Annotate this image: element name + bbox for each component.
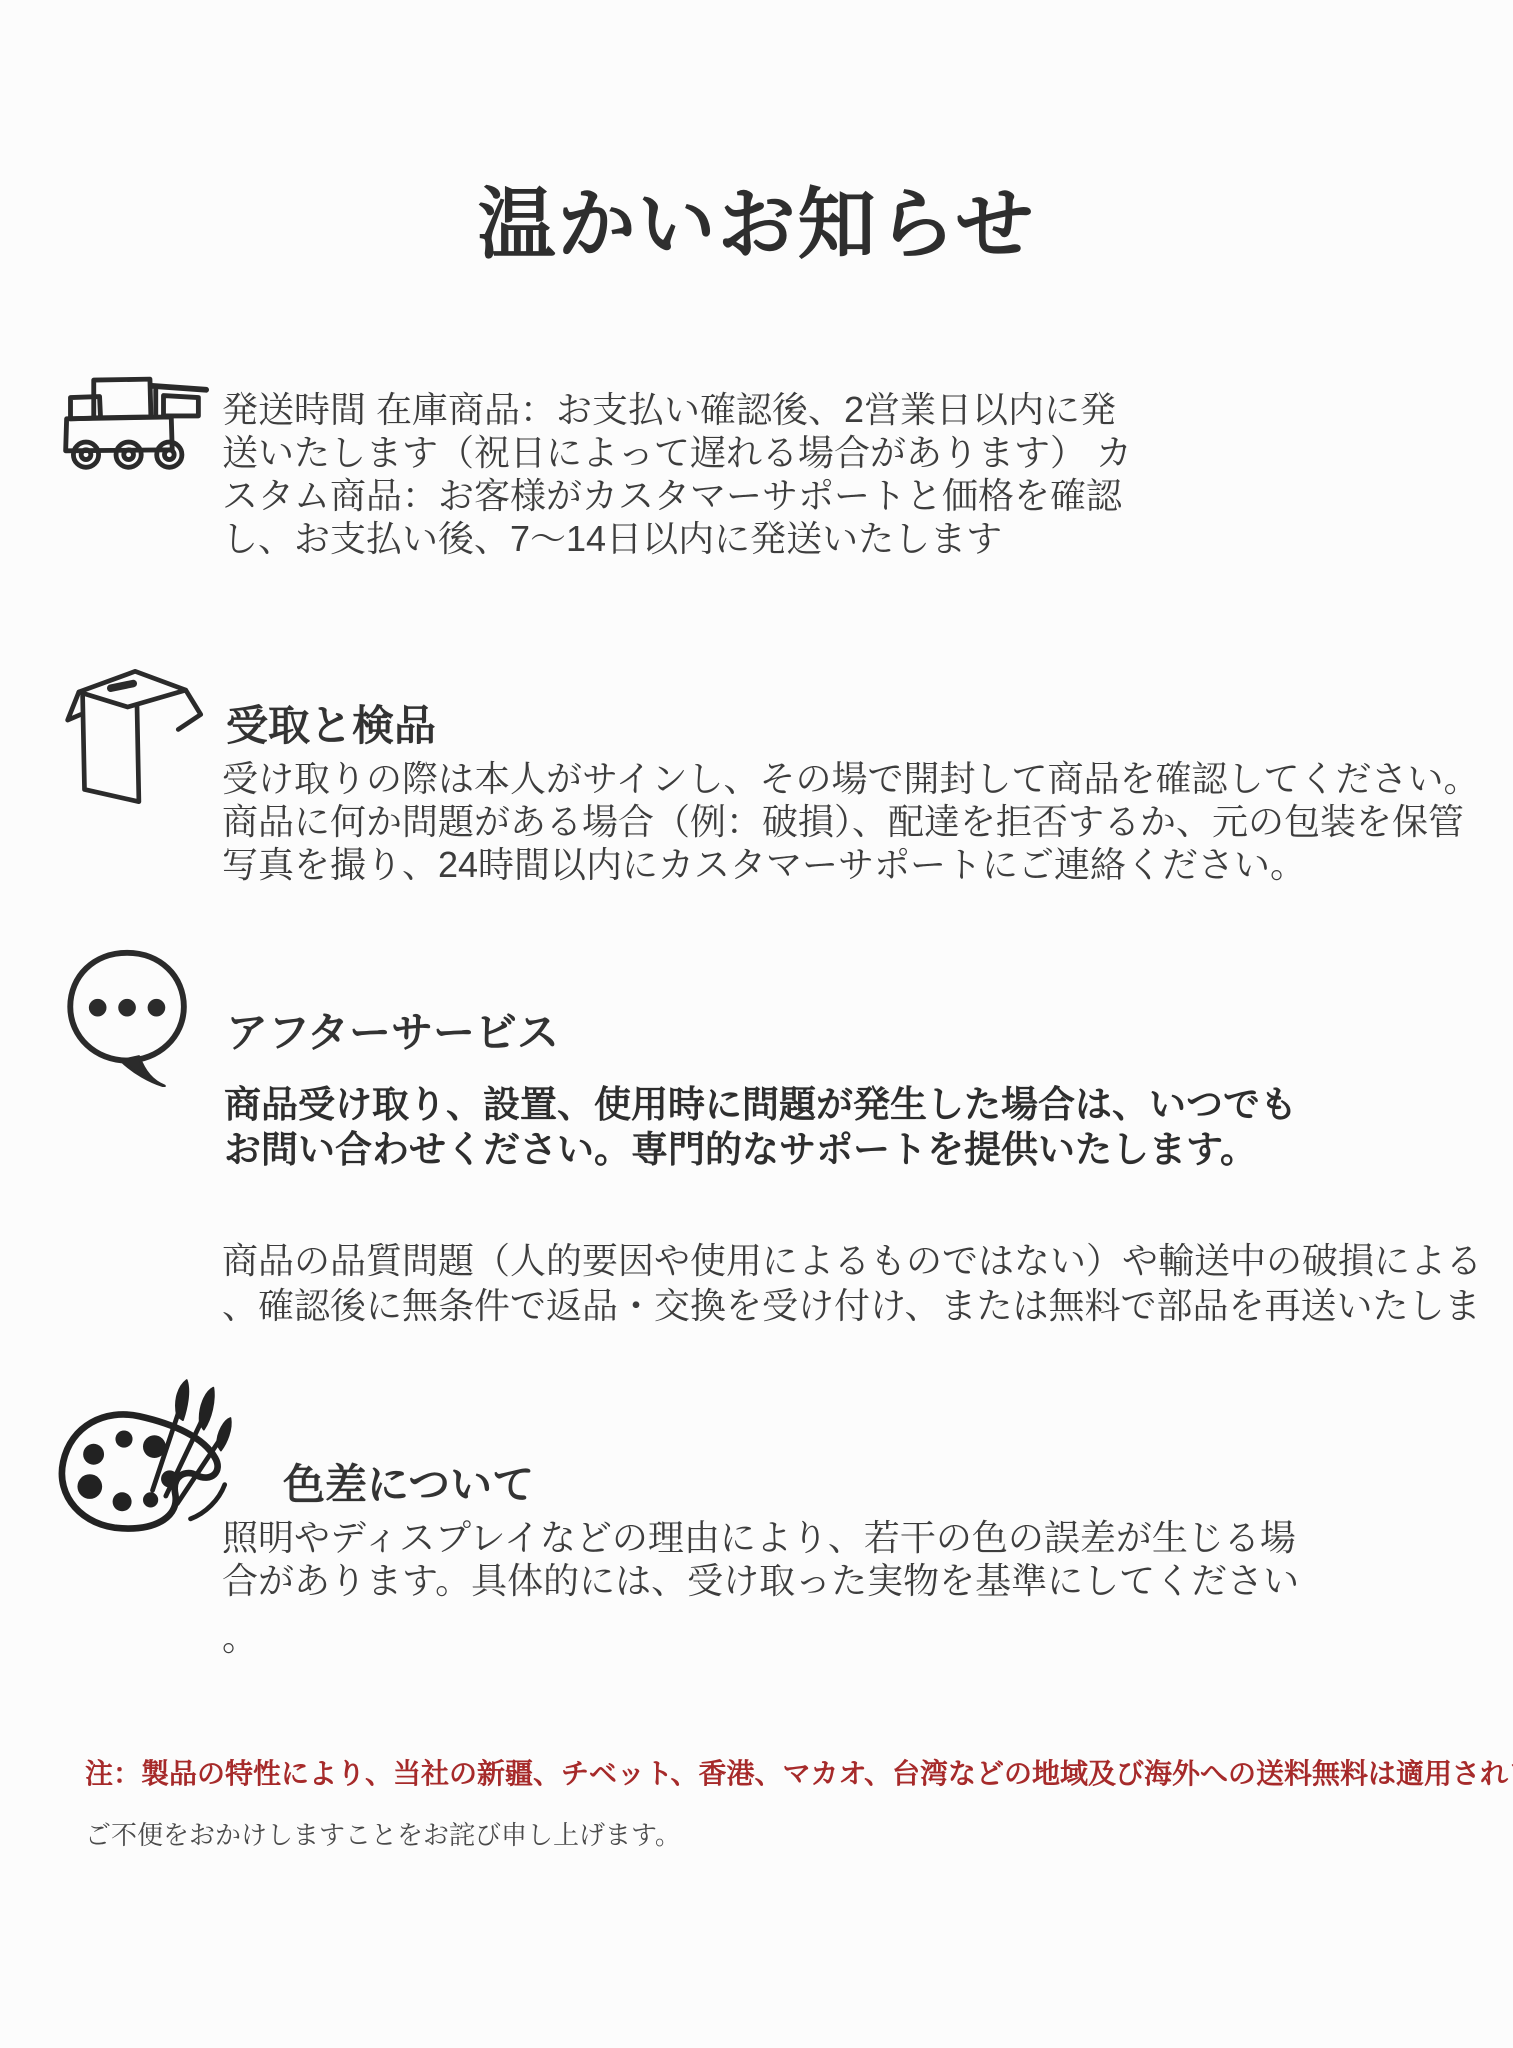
receipt-line: 商品に何か問題がある場合（例：破損）、配達を拒否するか、元の包装を保管: [222, 800, 1479, 843]
shipping-line: 発送時間 在庫商品：お支払い確認後、2営業日以内に発: [222, 388, 1132, 431]
apology-note: ご不便をおかけしますことをお詫び申し上げます。: [85, 1815, 681, 1852]
after-service-extra-line: 商品の品質問題（人的要因や使用によるものではない）や輸送中の破損による: [222, 1238, 1482, 1283]
after-service-bold-line: 商品受け取り、設置、使用時に問題が発生した場合は、いつでも: [224, 1082, 1297, 1127]
shipping-text: 発送時間 在庫商品：お支払い確認後、2営業日以内に発 送いたします（祝日によって…: [222, 388, 1132, 560]
shipping-line: 送いたします（祝日によって遅れる場合があります） カ: [222, 431, 1132, 474]
receipt-line: 写真を撮り、24時間以内にカスタマーサポートにご連絡ください。: [222, 843, 1479, 886]
shipping-restriction-note: 注：製品の特性により、当社の新疆、チベット、香港、マカオ、台湾などの地域及び海外…: [85, 1752, 1513, 1792]
shipping-line: スタム商品：お客様がカスタマーサポートと価格を確認: [222, 474, 1132, 517]
color-difference-text: 照明やディスプレイなどの理由により、若干の色の誤差が生じる場 合があります。具体…: [222, 1516, 1299, 1659]
receipt-text: 受け取りの際は本人がサインし、その場で開封して商品を確認してください。 商品に何…: [222, 757, 1479, 886]
notice-page: 温かいお知らせ 発送時間 在庫商品：お支払い確認後、2営業日以内に発 送いたしま…: [0, 0, 1513, 2048]
truck-icon: [55, 350, 210, 478]
color-difference-heading: 色差について: [283, 1452, 534, 1512]
chat-bubble-icon: [55, 945, 205, 1087]
color-difference-line: 。: [222, 1616, 1299, 1659]
open-box-icon: [62, 645, 212, 813]
receipt-line: 受け取りの際は本人がサインし、その場で開封して商品を確認してください。: [222, 757, 1479, 800]
after-service-extra-line: 、確認後に無条件で返品・交換を受け付け、または無料で部品を再送いたしま: [222, 1283, 1482, 1328]
after-service-bold-text: 商品受け取り、設置、使用時に問題が発生した場合は、いつでも お問い合わせください…: [224, 1082, 1297, 1172]
paint-palette-icon: [48, 1378, 238, 1540]
after-service-extra-text: 商品の品質問題（人的要因や使用によるものではない）や輸送中の破損による 、確認後…: [222, 1238, 1482, 1328]
after-service-bold-line: お問い合わせください。専門的なサポートを提供いたします。: [224, 1127, 1297, 1172]
color-difference-line: 合があります。具体的には、受け取った実物を基準にしてください: [222, 1559, 1299, 1602]
after-service-heading: アフターサービス: [226, 1000, 559, 1060]
color-difference-line: 照明やディスプレイなどの理由により、若干の色の誤差が生じる場: [222, 1516, 1299, 1559]
page-title: 温かいお知らせ: [0, 162, 1513, 274]
receipt-heading: 受取と検品: [226, 693, 436, 753]
shipping-line: し、お支払い後、7～14日以内に発送いたします: [222, 517, 1132, 560]
